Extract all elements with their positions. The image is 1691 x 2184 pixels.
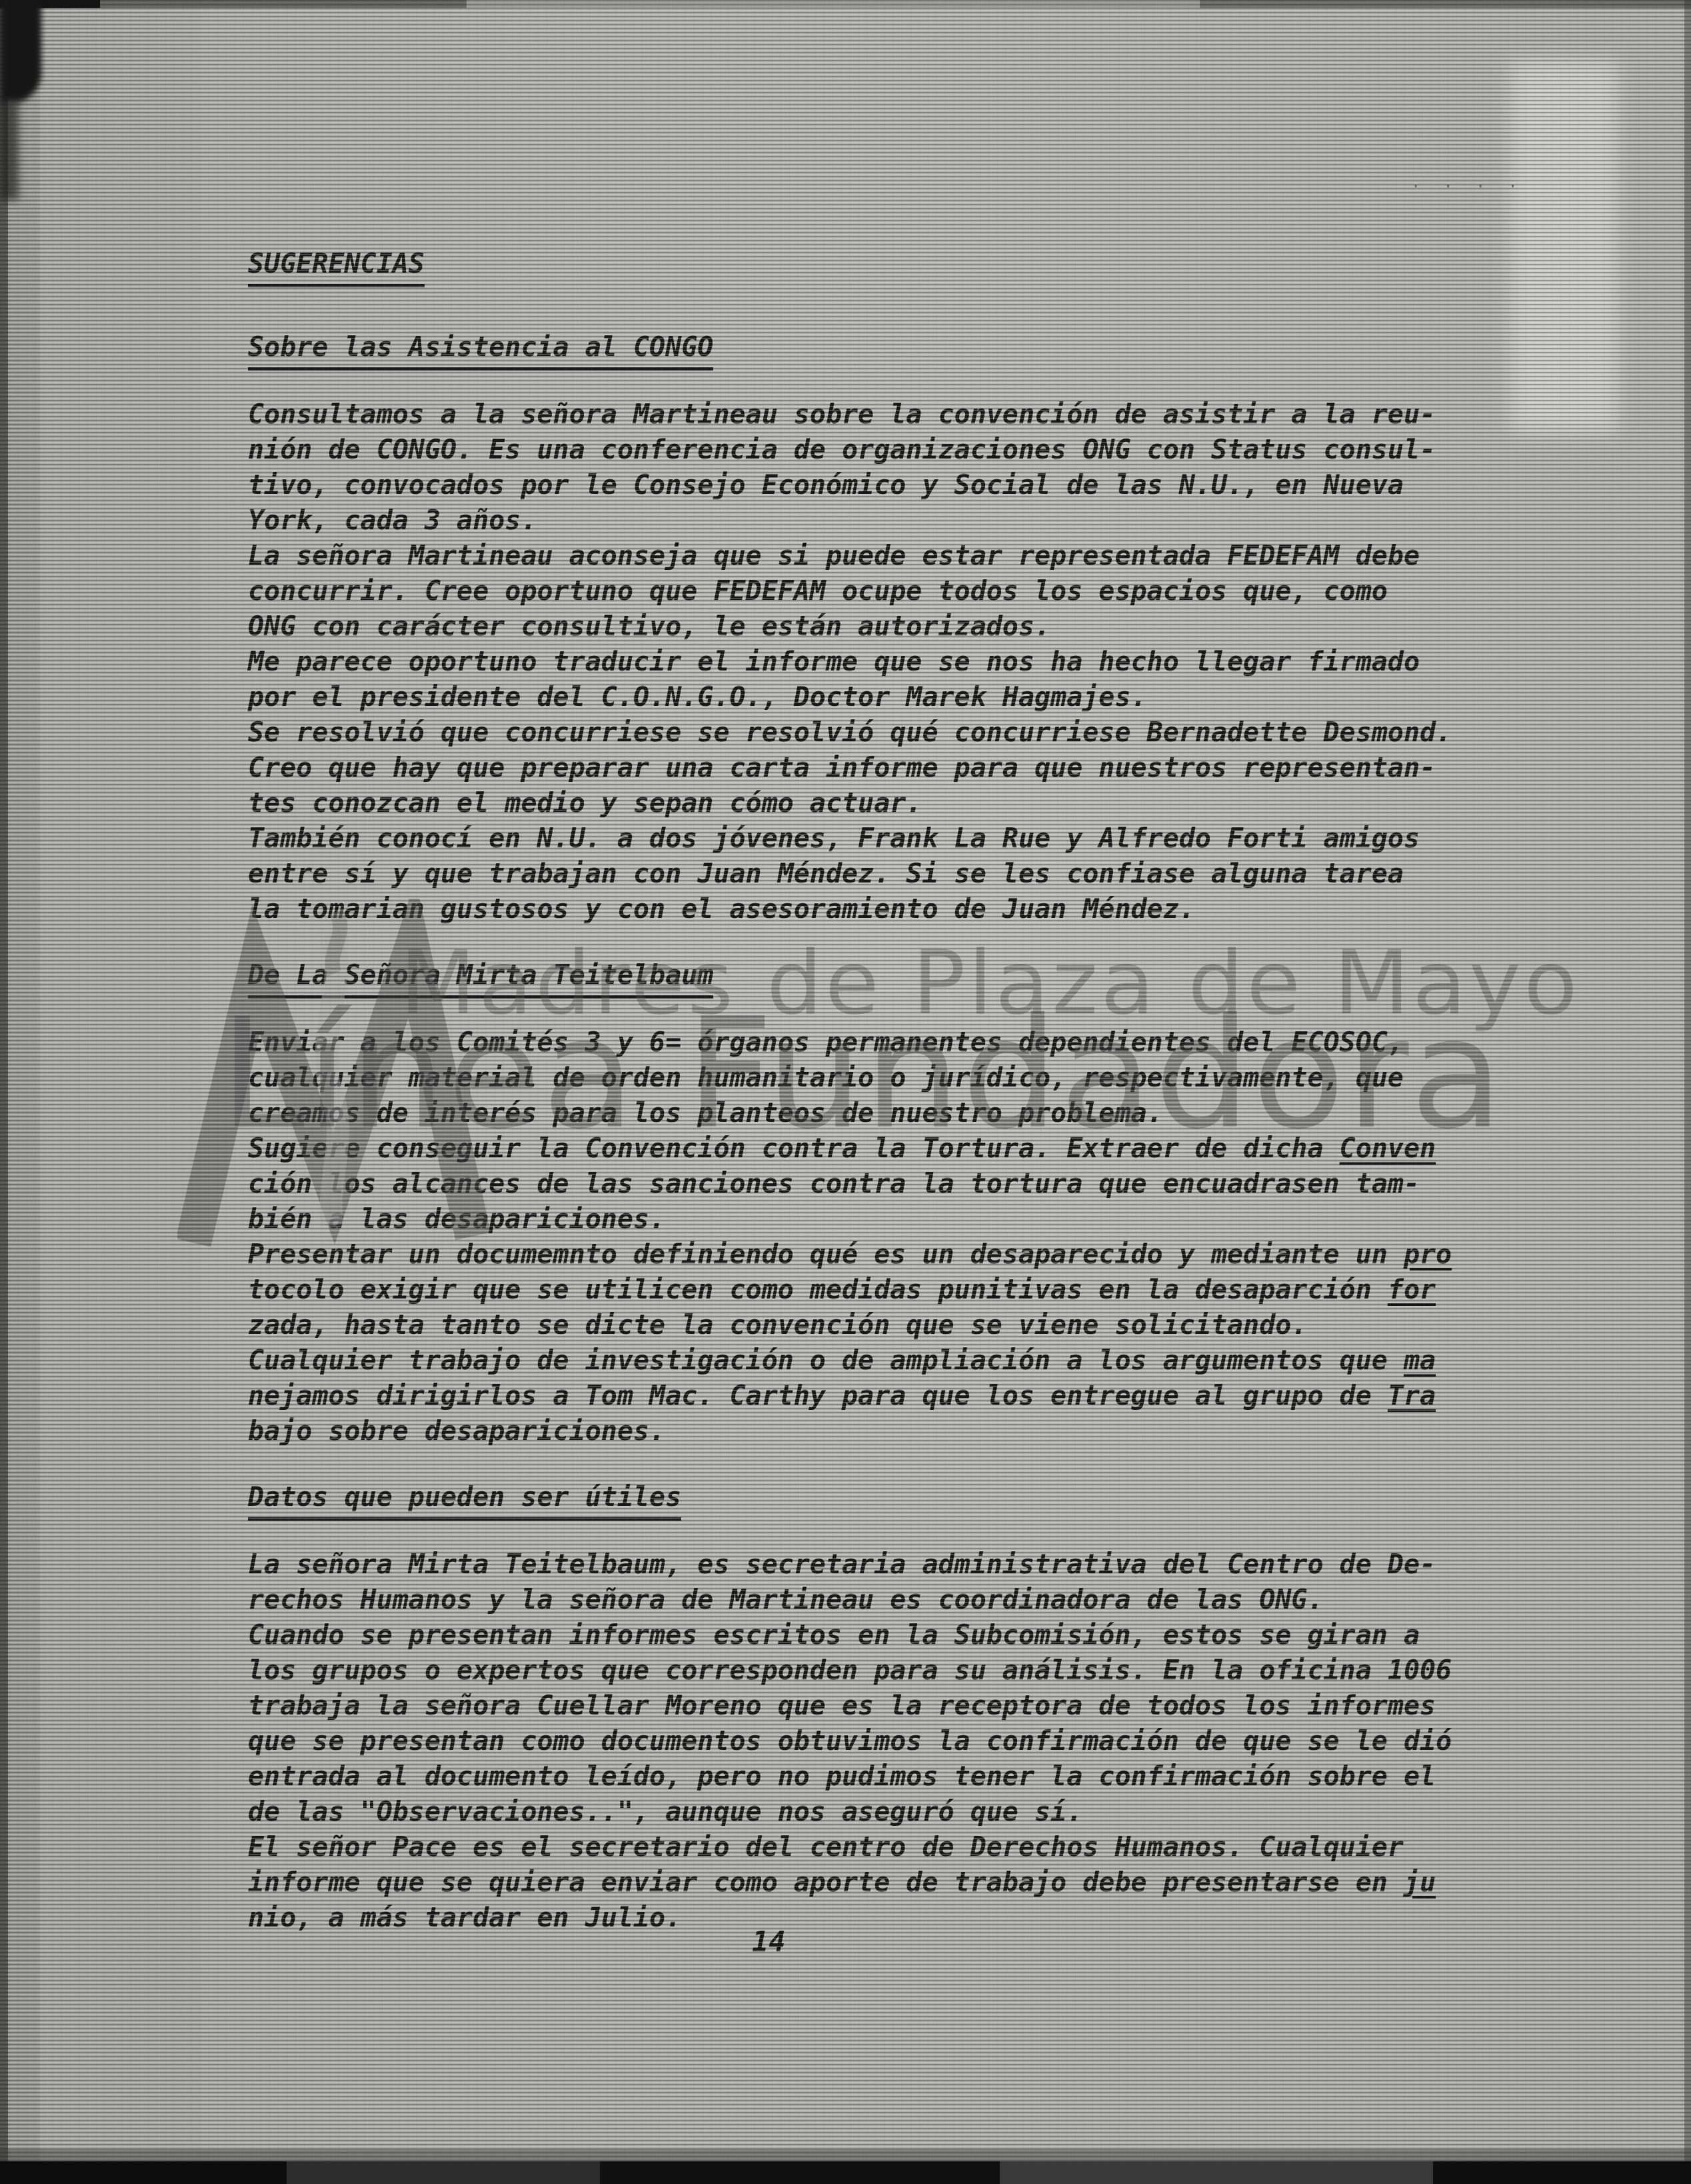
scan-edge-right	[1684, 0, 1691, 2184]
text-line: nio, a más tardar en Julio.	[248, 1901, 1531, 1936]
text-line: La señora Martineau aconseja que si pued…	[248, 539, 1531, 574]
text-line: Creo que hay que preparar una carta info…	[248, 751, 1531, 786]
text-line: La señora Mirta Teitelbaum, es secretari…	[248, 1547, 1531, 1583]
scan-edge-left	[0, 0, 8, 2184]
text-line: tocolo exigir que se utilicen como medid…	[248, 1273, 1531, 1308]
text-line: nejamos dirigirlos a Tom Mac. Carthy par…	[248, 1379, 1531, 1414]
text-line: Consultamos a la señora Martineau sobre …	[248, 397, 1531, 433]
section-paragraph: La señora Mirta Teitelbaum, es secretari…	[248, 1547, 1531, 1936]
document-title-text: SUGERENCIAS	[248, 247, 425, 287]
text-line: tivo, convocados por le Consejo Económic…	[248, 468, 1531, 503]
scan-corner-marks: · · · ·	[1413, 177, 1526, 197]
text-line: rechos Humanos y la señora de Martineau …	[248, 1583, 1531, 1618]
text-line: entrada al documento leído, pero no pudi…	[248, 1759, 1531, 1795]
logo-flame-shape	[333, 912, 341, 973]
text-line: El señor Pace es el secretario del centr…	[248, 1830, 1531, 1865]
text-line: trabaja la señora Cuellar Moreno que es …	[248, 1689, 1531, 1724]
text-line: Cuando se presentan informes escritos en…	[248, 1618, 1531, 1653]
text-line: nión de CONGO. Es una conferencia de org…	[248, 433, 1531, 468]
scan-edge-bottom-shadow	[0, 2149, 1691, 2161]
watermark-text-line2: Línea Fundadora	[220, 985, 1504, 1163]
text-line: ONG con carácter consultivo, le están au…	[248, 609, 1531, 645]
text-line: informe que se quiera enviar como aporte…	[248, 1865, 1531, 1901]
section-congo: Sobre las Asistencia al CONGO Consultamo…	[248, 330, 1531, 927]
section-heading: Sobre las Asistencia al CONGO	[248, 330, 1531, 371]
section-paragraph: Consultamos a la señora Martineau sobre …	[248, 397, 1531, 927]
scan-edge-bottom	[0, 2161, 1691, 2184]
text-line: tes conozcan el medio y sepan cómo actua…	[248, 786, 1531, 821]
text-line: que se presentan como documentos obtuvim…	[248, 1724, 1531, 1759]
text-line: los grupos o expertos que corresponden p…	[248, 1653, 1531, 1689]
text-line: Cualquier trabajo de investigación o de …	[248, 1343, 1531, 1379]
scanned-document-page: Madres de Plaza de Mayo Línea Fundadora …	[0, 0, 1691, 2184]
text-line: Se resolvió que concurriese se resolvió …	[248, 715, 1531, 751]
text-line: entre sí y que trabajan con Juan Méndez.…	[248, 857, 1531, 892]
section-datos-utiles: Datos que pueden ser útiles La señora Mi…	[248, 1480, 1531, 1936]
text-line: York, cada 3 años.	[248, 503, 1531, 539]
text-line: Me parece oportuno traducir el informe q…	[248, 645, 1531, 680]
text-line: bajo sobre desapariciones.	[248, 1414, 1531, 1449]
text-line: concurrir. Cree oportuno que FEDEFAM ocu…	[248, 574, 1531, 609]
text-line: zada, hasta tanto se dicte la convención…	[248, 1308, 1531, 1343]
scan-edge-top	[0, 0, 1691, 8]
text-line: También conocí en N.U. a dos jóvenes, Fr…	[248, 821, 1531, 857]
text-line: por el presidente del C.O.N.G.O., Doctor…	[248, 680, 1531, 715]
text-line: de las "Observaciones..", aunque nos ase…	[248, 1795, 1531, 1830]
page-number: 14	[752, 1924, 786, 1959]
section-heading: Datos que pueden ser útiles	[248, 1480, 1531, 1521]
document-title: SUGERENCIAS	[248, 247, 1531, 287]
